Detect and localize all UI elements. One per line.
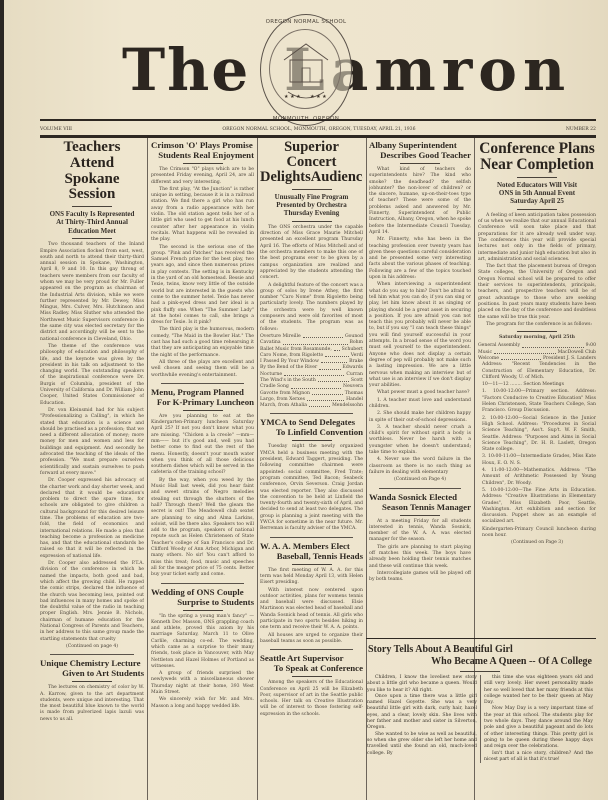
schedule-details: Address: "Recent Tendencies in the Const… — [478, 362, 596, 539]
column-3: Superior Concert DelightsAudience Unusua… — [260, 138, 363, 800]
divider — [72, 238, 112, 239]
article-headline: YMCA to Send Delegates To Linfield Conve… — [260, 417, 363, 437]
paragraph: All three of the plays are excellent and… — [151, 360, 254, 379]
divider — [460, 671, 500, 672]
concert-program-list: Overture MireilleGounodCavatinaBohmBalle… — [260, 334, 363, 410]
paragraph: 3. A teacher should never crush a child'… — [369, 425, 471, 456]
schedule-entry: 3. 10:00-11:00—Intermediate Grades, Miss… — [478, 454, 596, 467]
paragraph: A feeling of keen anticipation takes pos… — [478, 213, 596, 263]
leader-dots — [321, 359, 347, 363]
divider — [270, 649, 352, 650]
deck-line: Unusually Fine Program — [260, 193, 363, 201]
deck-line: ONS in 5th Annual Event — [478, 189, 596, 197]
program-item: March, from AthaliaMendelssohn — [260, 403, 363, 409]
paragraph: The first meeting of W. A. A. for this t… — [260, 568, 363, 587]
schedule-entry: Kindergarten-Primary Council luncheon du… — [478, 527, 596, 540]
newspaper-page: The Lamron OREGON NORMAL SCHOOL ★ ★ ★ ★ … — [4, 0, 608, 800]
deck-line: At Thirty-Third Annual — [40, 218, 144, 226]
divider — [379, 488, 461, 489]
volume-label: VOLUME VIII — [40, 127, 72, 132]
story-top-rule — [366, 638, 596, 639]
paragraph: She wanted to be wise as well as beautif… — [367, 732, 477, 757]
divider — [292, 440, 332, 441]
paragraph: Among the speakers of the Educational Co… — [260, 680, 363, 718]
headline-line: Superior Concert — [260, 140, 363, 170]
paragraph: What kind of teachers do superintendents… — [369, 167, 471, 236]
dateline: OREGON NORMAL SCHOOL, MONMOUTH, OREGON, … — [222, 127, 415, 132]
paragraph: The second is the serious one of the gro… — [151, 245, 254, 327]
column-2: Crimson 'O' Plays Promise Students Real … — [151, 138, 254, 800]
leader-dots — [291, 384, 341, 388]
leader-dots — [522, 343, 584, 347]
paragraph: this time she was eighteen years old and… — [484, 675, 593, 706]
leader-dots — [325, 353, 349, 357]
paragraph: All houses are urged to organize their b… — [260, 633, 363, 646]
paragraph: Intercollegiate games will be played off… — [369, 571, 471, 584]
deck-line: Noted Educators Will Visit — [478, 181, 596, 189]
masthead: The Lamron OREGON NORMAL SCHOOL ★ ★ ★ ★ … — [4, 0, 608, 118]
article-headline: Unique Chemistry Lecture Given to Art St… — [40, 658, 144, 678]
paragraph: With interest now centered upon outdoor … — [260, 588, 363, 632]
article-deck: ONS Faculty Is Represented At Thirty-Thi… — [40, 210, 144, 235]
divider — [72, 206, 112, 207]
deck-line: Saturday April 25 — [478, 197, 596, 205]
leader-dots — [284, 372, 344, 376]
headline-line: For K-Primary Luncheon — [151, 397, 254, 407]
column-1: Teachers Attend Spokane Session ONS Facu… — [40, 138, 144, 800]
headline-line: To Linfield Convention — [260, 427, 363, 437]
headline-line: DelightsAudience — [260, 170, 363, 185]
divider — [400, 163, 440, 164]
divider — [400, 515, 440, 516]
divider — [270, 537, 352, 538]
paragraph: The third play is the humorous, modern c… — [151, 327, 254, 358]
paragraph: The girls are planning to start playing … — [369, 545, 471, 570]
paragraph: Are you planning to eat at the Kindergar… — [151, 414, 254, 477]
headline-line: Wanda Sosnick Elected — [369, 492, 471, 502]
paragraph: The program for the conference is as fol… — [478, 322, 596, 328]
leader-dots — [501, 356, 541, 360]
paragraph: The first play, "At the Junction" is rat… — [151, 187, 254, 244]
headline-line: YMCA to Send Delegates — [260, 417, 363, 427]
schedule-entry: 5. 10:00-12:00—The Fine Arts in Educatio… — [478, 488, 596, 526]
seal-emblem-icon: ★ ★ ★ ★ ★ ★ — [270, 30, 342, 110]
program-piece: March, from Athalia — [260, 403, 307, 409]
headline-line: Spokane Session — [40, 172, 144, 204]
article-headline: Teachers Attend Spokane Session — [40, 140, 144, 203]
divider — [517, 177, 557, 178]
headline-line: Albany Superintendent — [369, 140, 471, 150]
schedule-entry: 4. 11:00-12:00—Mathematics. Address: "Th… — [478, 468, 596, 487]
deck-line: ONS Faculty Is Represented — [40, 210, 144, 218]
continued-link[interactable]: (Continued on page 4) — [40, 644, 144, 650]
leader-dots — [319, 365, 340, 369]
paragraph: At a meeting Friday for all students int… — [369, 519, 471, 544]
headline-line: Crimson 'O' Plays Promise — [151, 140, 254, 150]
story-left-column: Children, I know the loveliest new story… — [364, 675, 480, 763]
paragraph: Mr. Finnerty, who has been in the teachi… — [369, 237, 471, 281]
schedule-list: General Assembly9:00MusicMacDowell ClubW… — [478, 343, 596, 362]
divider — [183, 610, 223, 611]
masthead-rule-top — [40, 119, 596, 121]
paragraph: We sincerely wish for Mr. and Mrs. Masso… — [151, 697, 254, 710]
divider — [292, 564, 332, 565]
headline-line: W. A. A. Members Elect — [260, 541, 363, 551]
column-divider — [147, 138, 148, 800]
headline-line: Describes Good Teacher — [369, 150, 471, 160]
schedule-entry: Address: "Recent Tendencies in the Const… — [478, 362, 596, 381]
paragraph: The fact that the placement bureau of Or… — [478, 264, 596, 321]
story-columns: Children, I know the loveliest new story… — [364, 675, 596, 763]
paragraph: A delightful feature of the concert was … — [260, 283, 363, 333]
headline-line: Story Tells About A Beautiful Girl — [368, 644, 592, 656]
divider — [270, 413, 352, 414]
schedule-entry: 10—11—12 ........ Section Meetings — [478, 382, 596, 388]
schedule-entry: 1. 10:00-12:00—Primary section. Address:… — [478, 389, 596, 414]
paragraph: By the way, when you weed by the Music H… — [151, 478, 254, 579]
paragraph: The Crimson "O" plays which are to be pr… — [151, 167, 254, 186]
headline-line: Surprise to Students — [151, 597, 254, 607]
article-headline: Menu, Program Planned For K-Primary Lunc… — [151, 387, 254, 407]
headline-line: To Speak at Conference — [260, 663, 363, 673]
program-composer: Mendelssohn — [332, 403, 363, 409]
school-seal-icon: OREGON NORMAL SCHOOL ★ ★ ★ ★ ★ ★ MONMOUT… — [260, 14, 352, 126]
seal-top-text: OREGON NORMAL SCHOOL — [261, 19, 351, 25]
divider — [292, 189, 332, 190]
paragraph: The theme of the conference was philosop… — [40, 344, 144, 407]
leader-dots — [283, 340, 348, 344]
article-headline: Crimson 'O' Plays Promise Students Real … — [151, 140, 254, 160]
issue-number: NUMBER 22 — [566, 127, 596, 132]
divider — [517, 209, 557, 210]
article-deck: Noted Educators Will Visit ONS in 5th An… — [478, 181, 596, 206]
leader-dots — [309, 403, 330, 407]
article-headline: Seattle Art Supervisor To Speak at Confe… — [260, 653, 363, 673]
article-headline: Story Tells About A Beautiful Girl Who B… — [368, 644, 592, 668]
schedule-heading: Saturday morning, April 25th — [478, 335, 596, 341]
paragraph: Dr. Cooper also addressed the P.T.A. div… — [40, 561, 144, 643]
headline-line: Who Became A Queen -- Of A College — [368, 656, 592, 668]
headline-line: Teachers Attend — [40, 140, 144, 172]
article-headline: Wedding of ONS Couple Surprise to Studen… — [151, 587, 254, 607]
divider — [183, 163, 223, 164]
paragraph: Now May Day is a very important time of … — [484, 706, 593, 750]
column-4: Albany Superintendent Describes Good Tea… — [369, 138, 471, 638]
leader-dots — [494, 350, 556, 354]
headline-line: Seattle Art Supervisor — [260, 653, 363, 663]
paragraph: Dr. von Kleinsmid had for his subject "P… — [40, 408, 144, 477]
divider — [183, 410, 223, 411]
divider — [161, 583, 243, 584]
deck-line: Thursday Evening — [260, 209, 363, 217]
svg-text:★ ★ ★: ★ ★ ★ — [284, 94, 301, 100]
headline-line: Unique Chemistry Lecture — [40, 658, 144, 668]
divider — [292, 221, 332, 222]
leader-dots — [303, 334, 343, 338]
leader-dots — [312, 391, 343, 395]
paragraph: The ONS orchestra under the capable dire… — [260, 225, 363, 282]
divider — [50, 654, 133, 655]
article-headline: W. A. A. Members Elect Baseball, Tennis … — [260, 541, 363, 561]
paragraph: Children, I know the loveliest new story… — [367, 675, 477, 694]
schedule-entry: 2. 10:00-12:00—Social Science in the Jun… — [478, 416, 596, 454]
headline-line: Given to Art Students — [40, 668, 144, 678]
paragraph: What power must a good teacher have? — [369, 390, 471, 396]
headline-line: Menu, Program Planned — [151, 387, 254, 397]
deck-line: Education Meet — [40, 227, 144, 235]
continued-link[interactable]: (Continued on Page 3) — [478, 540, 596, 546]
leader-dots — [318, 378, 349, 382]
headline-line: Students Real Enjoyment — [151, 150, 254, 160]
paragraph: 4. Never use the word failure in the cla… — [369, 457, 471, 476]
paragraph: Two thousand teachers of the Inland Empi… — [40, 242, 144, 343]
article-headline: Conference Plans Near Completion — [478, 141, 596, 174]
paragraph: The lectures on chemistry of color by W.… — [40, 685, 144, 723]
headline-line: Baseball, Tennis Heads — [260, 551, 363, 561]
svg-text:★ ★ ★: ★ ★ ★ — [310, 94, 327, 100]
title-the: The — [122, 30, 250, 110]
divider — [292, 676, 332, 677]
divider — [517, 331, 557, 332]
leader-dots — [307, 397, 344, 401]
headline-line: Near Completion — [478, 157, 596, 173]
paragraph: When interviewing a superintendent what … — [369, 282, 471, 389]
headline-line: Conference Plans — [478, 141, 596, 157]
column-5: Conference Plans Near Completion Noted E… — [478, 138, 596, 638]
continued-link[interactable]: (Continued on Page 4) — [369, 477, 471, 483]
paragraph: Dr. Cooper expressed his advocacy of the… — [40, 478, 144, 560]
divider — [161, 383, 243, 384]
paragraph: 2. She should make her children happy in… — [369, 411, 471, 424]
seal-inner-ring: ★ ★ ★ ★ ★ ★ — [269, 29, 341, 109]
article-headline: Albany Superintendent Describes Good Tea… — [369, 140, 471, 160]
headline-line: Wedding of ONS Couple — [151, 587, 254, 597]
queen-story: Story Tells About A Beautiful Girl Who B… — [364, 640, 596, 800]
headline-line: Season Tennis Manager — [369, 502, 471, 512]
divider — [72, 681, 112, 682]
article-headline: Wanda Sosnick Elected Season Tennis Mana… — [369, 492, 471, 512]
deck-line: Presented by Orchestra — [260, 201, 363, 209]
leader-dots — [334, 347, 340, 351]
column-divider — [257, 138, 258, 800]
info-bar: VOLUME VIII OREGON NORMAL SCHOOL, MONMOU… — [40, 124, 596, 134]
paragraph: A group of friends surprised the newlywe… — [151, 671, 254, 696]
paragraph: Isn't that a nice story, children? And t… — [484, 751, 593, 764]
paragraph: 1. A teacher must love and understand ch… — [369, 398, 471, 411]
paragraph: Once upon a time there was a little girl… — [367, 694, 477, 732]
paragraph: Tuesday night the newly organized YMCA h… — [260, 444, 363, 532]
article-deck: Unusually Fine Program Presented by Orch… — [260, 193, 363, 218]
paragraph: "In the spring a young man's fancy" —Ken… — [151, 614, 254, 671]
article-headline: Superior Concert DelightsAudience — [260, 140, 363, 186]
article-body: Two thousand teachers of the Inland Empi… — [40, 242, 144, 643]
story-right-column: this time she was eighteen years old and… — [480, 675, 596, 763]
